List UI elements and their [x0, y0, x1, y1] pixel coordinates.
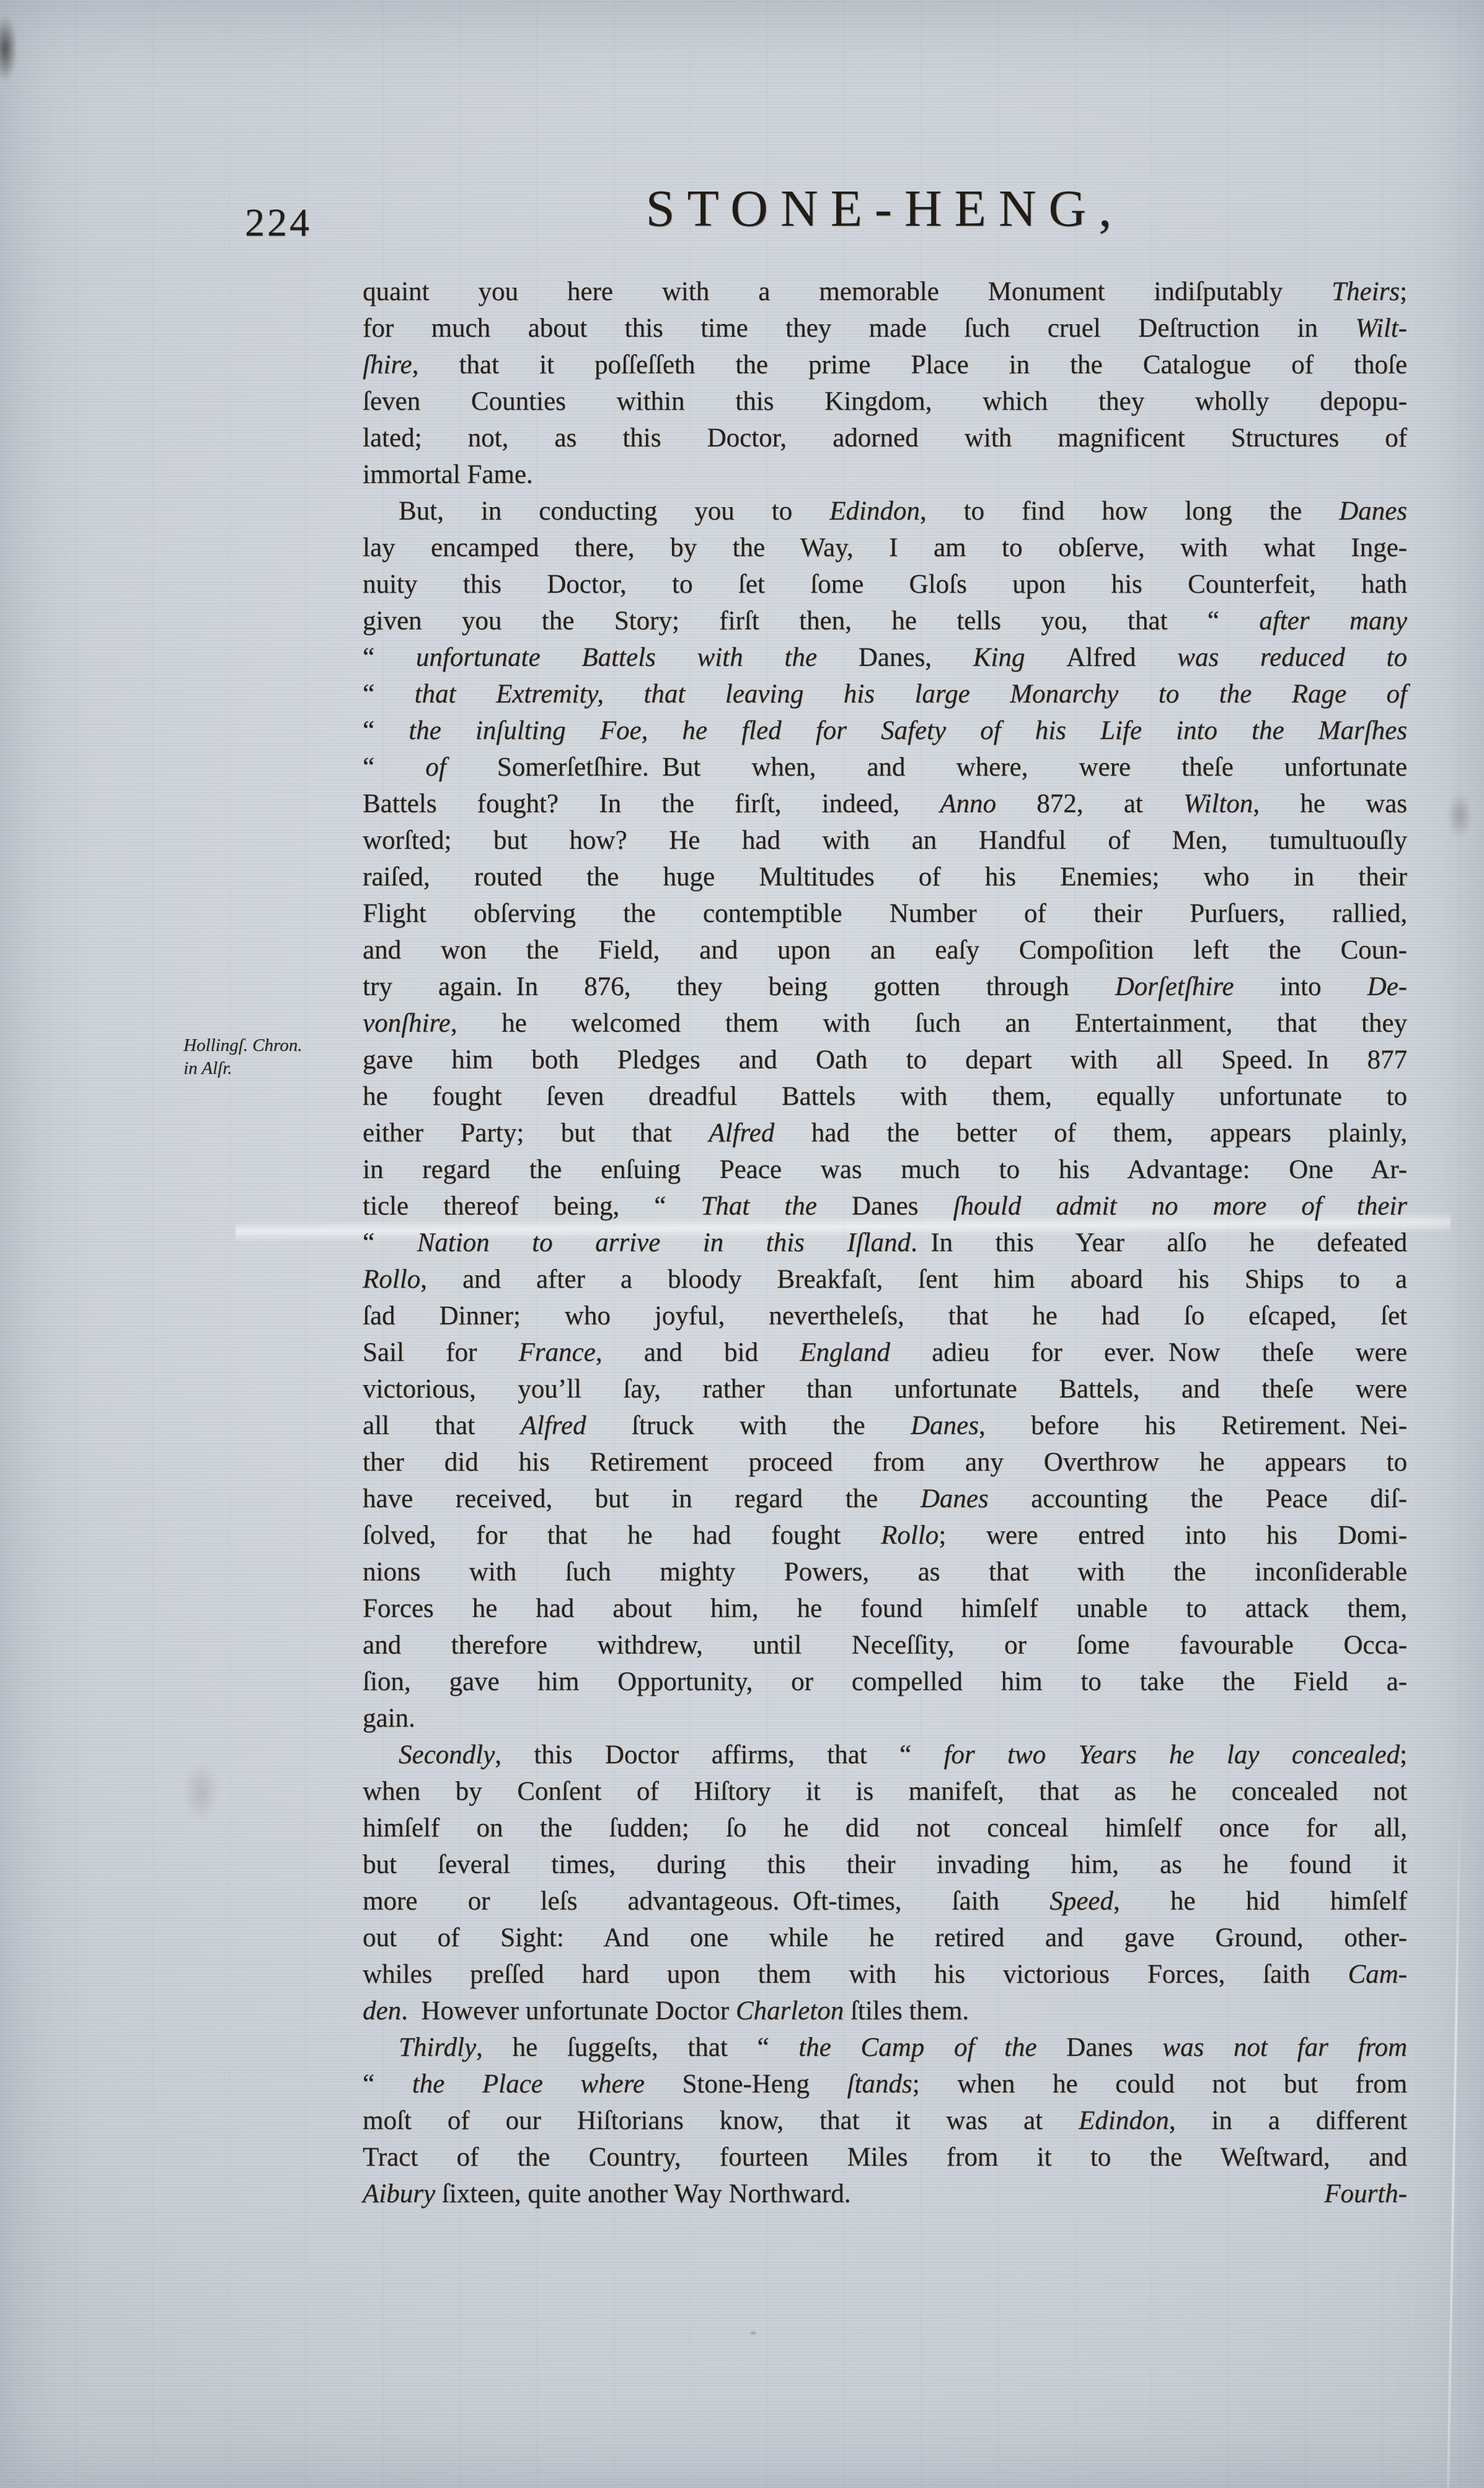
text-line: “ the inſulting Foe, he fled for Safety …	[363, 712, 1407, 749]
page-title: STONE-HENG,	[363, 179, 1407, 239]
text-line: “ unfortunate Battels with the Danes, Ki…	[363, 639, 1407, 676]
text-line: either Party; but that Alfred had the be…	[363, 1115, 1407, 1151]
margin-note-line: in Alſr.	[183, 1057, 360, 1080]
text-line: Battels fought? In the firſt, indeed, An…	[363, 786, 1407, 822]
ink-smudge	[1444, 787, 1475, 843]
text-line: den. However unfortunate Doctor Charleto…	[363, 1993, 1407, 2029]
text-line: gave him both Pledges and Oath to depart…	[363, 1042, 1407, 1078]
text-line: Secondly, this Doctor affirms, that “ fo…	[363, 1737, 1407, 1773]
text-block: quaint you here with a memorable Monumen…	[363, 273, 1407, 2212]
margin-note: Hollingſ. Chron. in Alſr.	[183, 1034, 360, 1080]
margin-note-line: Hollingſ. Chron.	[183, 1034, 360, 1057]
text-line: lated; not, as this Doctor, adorned with…	[363, 420, 1407, 456]
text-line: Fourth-Aibury ſixteen, quite another Way…	[363, 2176, 1407, 2212]
text-line: moſt of our Hiſtorians know, that it was…	[363, 2102, 1407, 2139]
catchword: Fourth-	[1324, 2176, 1407, 2212]
text-line: he fought ſeven dreadful Battels with th…	[363, 1078, 1407, 1115]
text-line: and won the Field, and upon an eaſy Comp…	[363, 932, 1407, 968]
text-line: but ſeveral times, during this their inv…	[363, 1846, 1407, 1883]
text-line: all that Alfred ſtruck with the Danes, b…	[363, 1407, 1407, 1444]
text-line: victorious, you’ll ſay, rather than unfo…	[363, 1371, 1407, 1407]
text-line: Forces he had about him, he found himſel…	[363, 1590, 1407, 1627]
text-line: Rollo, and after a bloody Breakfaſt, ſen…	[363, 1261, 1407, 1298]
ink-smudge	[180, 1755, 223, 1829]
text-line: But, in conducting you to Edindon, to fi…	[363, 493, 1407, 529]
text-line: “ that Extremity, that leaving his large…	[363, 676, 1407, 712]
text-line: given you the Story; firſt then, he tell…	[363, 603, 1407, 639]
text-line: for much about this time they made ſuch …	[363, 310, 1407, 347]
paragraph: Secondly, this Doctor affirms, that “ fo…	[363, 1737, 1407, 2029]
text-line: in regard the enſuing Peace was much to …	[363, 1151, 1407, 1188]
paragraph: quaint you here with a memorable Monumen…	[363, 273, 1407, 493]
text-line: himſelf on the ſudden; ſo he did not con…	[363, 1810, 1407, 1846]
text-line: quaint you here with a memorable Monumen…	[363, 273, 1407, 310]
text-line: nuity this Doctor, to ſet ſome Gloſs upo…	[363, 566, 1407, 603]
text-line: ther did his Retirement proceed from any…	[363, 1444, 1407, 1481]
edge-blotch	[0, 5, 21, 92]
paper-speck	[749, 2330, 757, 2336]
text-line: ſolved, for that he had fought Rollo; we…	[363, 1517, 1407, 1554]
text-line: ſhire, that it poſſeſſeth the prime Plac…	[363, 347, 1407, 383]
vertical-crease	[1447, 1773, 1462, 2488]
text-line: and therefore withdrew, until Neceſſity,…	[363, 1627, 1407, 1663]
paragraph: Thirdly, he ſuggeſts, that “ the Camp of…	[363, 2029, 1407, 2212]
text-line: Tract of the Country, fourteen Miles fro…	[363, 2139, 1407, 2176]
text-line: when by Conſent of Hiſtory it is manifeſ…	[363, 1773, 1407, 1810]
text-line: vonſhire, he welcomed them with ſuch an …	[363, 1005, 1407, 1042]
text-line: more or leſs advantageous. Oft-times, ſa…	[363, 1883, 1407, 1919]
text-line: raiſed, routed the huge Multitudes of hi…	[363, 859, 1407, 895]
paragraph: But, in conducting you to Edindon, to fi…	[363, 493, 1407, 1737]
text-line: out of Sight: And one while he retired a…	[363, 1919, 1407, 1956]
book-page: 224 STONE-HENG, Hollingſ. Chron. in Alſr…	[0, 0, 1484, 2488]
text-line: whiles preſſed hard upon them with his v…	[363, 1956, 1407, 1993]
text-line: “ of Somerſetſhire. But when, and where,…	[363, 749, 1407, 786]
text-line: have received, but in regard the Danes a…	[363, 1481, 1407, 1517]
text-line: “ the Place where Stone-Heng ſtands; whe…	[363, 2066, 1407, 2102]
text-line: ticle thereof being, “ That the Danes ſh…	[363, 1188, 1407, 1224]
text-line: “ Nation to arrive in this Iſland. In th…	[363, 1224, 1407, 1261]
text-line: gain.	[363, 1700, 1407, 1737]
text-line: lay encamped there, by the Way, I am to …	[363, 529, 1407, 566]
text-line: nions with ſuch mighty Powers, as that w…	[363, 1554, 1407, 1590]
text-line: ſion, gave him Opportunity, or compelled…	[363, 1663, 1407, 1700]
page-number: 224	[245, 200, 312, 246]
text-line: ſeven Counties within this Kingdom, whic…	[363, 383, 1407, 420]
text-line: immortal Fame.	[363, 456, 1407, 493]
text-line: worſted; but how? He had with an Handful…	[363, 822, 1407, 859]
text-line: Sail for France, and bid England adieu f…	[363, 1334, 1407, 1371]
text-line: ſad Dinner; who joyful, nevertheleſs, th…	[363, 1298, 1407, 1334]
text-line: try again. In 876, they being gotten thr…	[363, 968, 1407, 1005]
text-line: Flight obſerving the contemptible Number…	[363, 895, 1407, 932]
text-line: Thirdly, he ſuggeſts, that “ the Camp of…	[363, 2029, 1407, 2066]
